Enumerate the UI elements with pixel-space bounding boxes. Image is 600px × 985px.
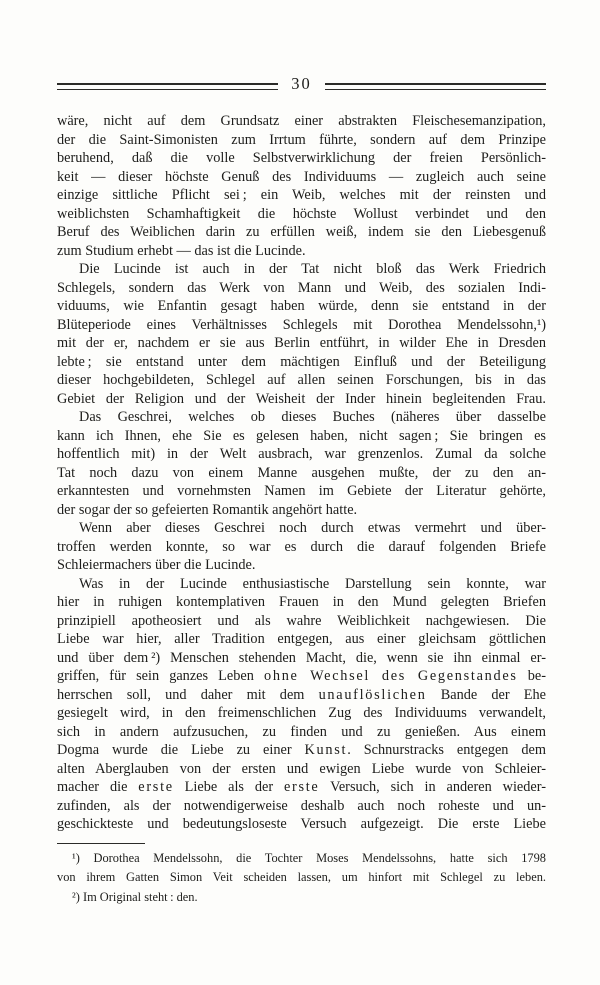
text-run: Schleiermachers über die Lucinde. bbox=[57, 557, 255, 573]
text-line: alten Aberglauben von der ersten und ewi… bbox=[57, 760, 546, 779]
text-line: zum Studium erhebt — das ist die Lucinde… bbox=[57, 242, 546, 261]
text-line: beruhend, daß die volle Selbstverwirklic… bbox=[57, 149, 546, 168]
text-line: zufinden, als der notwendigerweise desha… bbox=[57, 797, 546, 816]
text-line: ²) Im Original steht : den. bbox=[57, 888, 546, 908]
text-line: der sogar der so gefeierten Romantik ang… bbox=[57, 501, 546, 520]
text-run: ¹) Dorothea Mendelssohn, die Tochter Mos… bbox=[72, 851, 546, 865]
text-line: und über dem ²) Menschen stehenden Macht… bbox=[57, 649, 546, 668]
text-run: geschickteste und bedeutungsloseste Vers… bbox=[57, 816, 546, 832]
text-line: der die Saint-Simonisten zum Irrtum führ… bbox=[57, 131, 546, 150]
footnotes: ¹) Dorothea Mendelssohn, die Tochter Mos… bbox=[57, 849, 546, 908]
text-run: weiblichsten Schamhaftigkeit die höchste… bbox=[57, 206, 546, 222]
text-line: viduums, wie Enfantin gesagt haben würde… bbox=[57, 297, 546, 316]
paragraph: wäre, nicht auf dem Grundsatz einer abst… bbox=[57, 112, 546, 260]
text-run: Blüteperiode eines Verhältnisses Schlege… bbox=[57, 317, 546, 333]
text-run: sich in andern aufzusuchen, zu finden un… bbox=[57, 724, 546, 740]
paragraph: Das Geschrei, welches ob dieses Buches (… bbox=[57, 408, 546, 519]
footnote-separator bbox=[57, 843, 145, 844]
text-line: gesiegelt wird, in den freimenschlichen … bbox=[57, 704, 546, 723]
text-line: troffen werden konnte, so war es durch d… bbox=[57, 538, 546, 557]
text-run: dieser hochgebildeten, Schlegel auf alle… bbox=[57, 372, 546, 388]
text-run: hoffentlich mit) in der Welt ausbrach, w… bbox=[57, 446, 546, 462]
text-line: herrschen soll, und daher mit dem unaufl… bbox=[57, 686, 546, 705]
text-line: Die Lucinde ist auch in der Tat nicht bl… bbox=[57, 260, 546, 279]
text-line: Wenn aber dieses Geschrei noch durch etw… bbox=[57, 519, 546, 538]
text-run: viduums, wie Enfantin gesagt haben würde… bbox=[57, 298, 546, 314]
text-line: weiblichsten Schamhaftigkeit die höchste… bbox=[57, 205, 546, 224]
text-block: wäre, nicht auf dem Grundsatz einer abst… bbox=[57, 112, 546, 908]
text-line: geschickteste und bedeutungsloseste Vers… bbox=[57, 815, 546, 834]
text-line: sich in andern aufzusuchen, zu finden un… bbox=[57, 723, 546, 742]
text-run: zufinden, als der notwendigerweise desha… bbox=[57, 798, 546, 814]
emphasized-text: erste bbox=[138, 779, 174, 795]
text-line: Blüteperiode eines Verhältnisses Schlege… bbox=[57, 316, 546, 335]
text-run: Was in der Lucinde enthusiastische Darst… bbox=[79, 576, 546, 592]
text-run: Gebiet der Religion und der Weisheit der… bbox=[57, 391, 546, 407]
text-run: troffen werden konnte, so war es durch d… bbox=[57, 539, 546, 555]
text-run: zum Studium erhebt — das ist die Lucinde… bbox=[57, 243, 306, 259]
running-head: 30 bbox=[57, 78, 546, 95]
text-run: wäre, nicht auf dem Grundsatz einer abst… bbox=[57, 113, 546, 129]
text-line: Schleiermachers über die Lucinde. bbox=[57, 556, 546, 575]
text-run: Bande der Ehe bbox=[427, 687, 546, 703]
page-number: 30 bbox=[291, 76, 312, 93]
text-line: einzige sittliche Pflicht sei ; ein Weib… bbox=[57, 186, 546, 205]
text-run: Beruf des Weiblichen darin zu erfüllen w… bbox=[57, 224, 546, 240]
text-run: Versuch, sich in anderen wieder- bbox=[319, 779, 546, 795]
text-run: Das Geschrei, welches ob dieses Buches (… bbox=[79, 409, 546, 425]
text-run: kann ich Ihnen, ehe Sie es gelesen haben… bbox=[57, 428, 546, 444]
text-line: von ihrem Gatten Simon Veit scheiden las… bbox=[57, 868, 546, 888]
text-run: erkanntesten und vornehmsten Namen im Ge… bbox=[57, 483, 546, 499]
text-run: prinzipiell apotheosiert und als wahre W… bbox=[57, 613, 546, 629]
paragraph: Die Lucinde ist auch in der Tat nicht bl… bbox=[57, 260, 546, 408]
text-line: Das Geschrei, welches ob dieses Buches (… bbox=[57, 408, 546, 427]
text-run: Die Lucinde ist auch in der Tat nicht bl… bbox=[79, 261, 546, 277]
text-run: Wenn aber dieses Geschrei noch durch etw… bbox=[79, 520, 546, 536]
text-run: mit der er, nachdem er sie aus Berlin en… bbox=[57, 335, 546, 351]
text-line: keit — dieser höchste Genuß des Individu… bbox=[57, 168, 546, 187]
text-run: ²) Im Original steht : den. bbox=[72, 890, 198, 904]
text-line: Tat noch dazu von einem Manne ausgehen m… bbox=[57, 464, 546, 483]
book-page: 30 wäre, nicht auf dem Grundsatz einer a… bbox=[0, 0, 600, 985]
text-run: herrschen soll, und daher mit dem bbox=[57, 687, 319, 703]
text-line: mit der er, nachdem er sie aus Berlin en… bbox=[57, 334, 546, 353]
text-run: griffen, für sein ganzes Leben bbox=[57, 668, 264, 684]
text-run: einzige sittliche Pflicht sei ; ein Weib… bbox=[57, 187, 546, 203]
emphasized-text: erste bbox=[284, 779, 320, 795]
text-run: gesiegelt wird, in den freimenschlichen … bbox=[57, 705, 546, 721]
text-line: ¹) Dorothea Mendelssohn, die Tochter Mos… bbox=[57, 849, 546, 869]
text-run: hier in ruhigen kontemplativen Frauen in… bbox=[57, 594, 546, 610]
text-line: dieser hochgebildeten, Schlegel auf alle… bbox=[57, 371, 546, 390]
text-run: be- bbox=[518, 668, 546, 684]
text-run: von ihrem Gatten Simon Veit scheiden las… bbox=[57, 870, 546, 884]
text-line: Beruf des Weiblichen darin zu erfüllen w… bbox=[57, 223, 546, 242]
double-rule-right bbox=[325, 83, 546, 90]
text-line: macher die erste Liebe als der erste Ver… bbox=[57, 778, 546, 797]
paragraph: Wenn aber dieses Geschrei noch durch etw… bbox=[57, 519, 546, 575]
footnote: ¹) Dorothea Mendelssohn, die Tochter Mos… bbox=[57, 849, 546, 889]
text-line: wäre, nicht auf dem Grundsatz einer abst… bbox=[57, 112, 546, 131]
emphasized-text: unauflöslichen bbox=[319, 687, 427, 703]
text-line: Schlegels, sondern das Werk von Mann und… bbox=[57, 279, 546, 298]
text-run: keit — dieser höchste Genuß des Individu… bbox=[57, 169, 546, 185]
text-run: . Schnurstracks entgegen dem bbox=[347, 742, 546, 758]
text-line: hoffentlich mit) in der Welt ausbrach, w… bbox=[57, 445, 546, 464]
text-line: Gebiet der Religion und der Weisheit der… bbox=[57, 390, 546, 409]
text-line: Dogma wurde die Liebe zu einer Kunst. Sc… bbox=[57, 741, 546, 760]
emphasized-text: Kunst bbox=[305, 742, 348, 758]
text-run: beruhend, daß die volle Selbstverwirklic… bbox=[57, 150, 546, 166]
text-line: prinzipiell apotheosiert und als wahre W… bbox=[57, 612, 546, 631]
text-run: und über dem ²) Menschen stehenden Macht… bbox=[57, 650, 546, 666]
text-line: lebte ; sie entstand unter dem mächtigen… bbox=[57, 353, 546, 372]
text-line: erkanntesten und vornehmsten Namen im Ge… bbox=[57, 482, 546, 501]
text-run: Liebe war hier, aller Tradition entgegen… bbox=[57, 631, 546, 647]
text-run: Dogma wurde die Liebe zu einer bbox=[57, 742, 305, 758]
footnote: ²) Im Original steht : den. bbox=[57, 888, 546, 908]
emphasized-text: ohne Wechsel des Gegenstandes bbox=[264, 668, 518, 684]
double-rule-left bbox=[57, 83, 278, 90]
text-run: lebte ; sie entstand unter dem mächtigen… bbox=[57, 354, 546, 370]
text-line: griffen, für sein ganzes Leben ohne Wech… bbox=[57, 667, 546, 686]
text-line: kann ich Ihnen, ehe Sie es gelesen haben… bbox=[57, 427, 546, 446]
text-line: Was in der Lucinde enthusiastische Darst… bbox=[57, 575, 546, 594]
text-run: macher die bbox=[57, 779, 138, 795]
text-run: Tat noch dazu von einem Manne ausgehen m… bbox=[57, 465, 546, 481]
text-run: Liebe als der bbox=[174, 779, 284, 795]
text-line: Liebe war hier, aller Tradition entgegen… bbox=[57, 630, 546, 649]
text-run: alten Aberglauben von der ersten und ewi… bbox=[57, 761, 546, 777]
paragraph: Was in der Lucinde enthusiastische Darst… bbox=[57, 575, 546, 834]
text-line: hier in ruhigen kontemplativen Frauen in… bbox=[57, 593, 546, 612]
text-run: Schlegels, sondern das Werk von Mann und… bbox=[57, 280, 546, 296]
text-run: der sogar der so gefeierten Romantik ang… bbox=[57, 502, 357, 518]
text-run: der die Saint-Simonisten zum Irrtum führ… bbox=[57, 132, 546, 148]
